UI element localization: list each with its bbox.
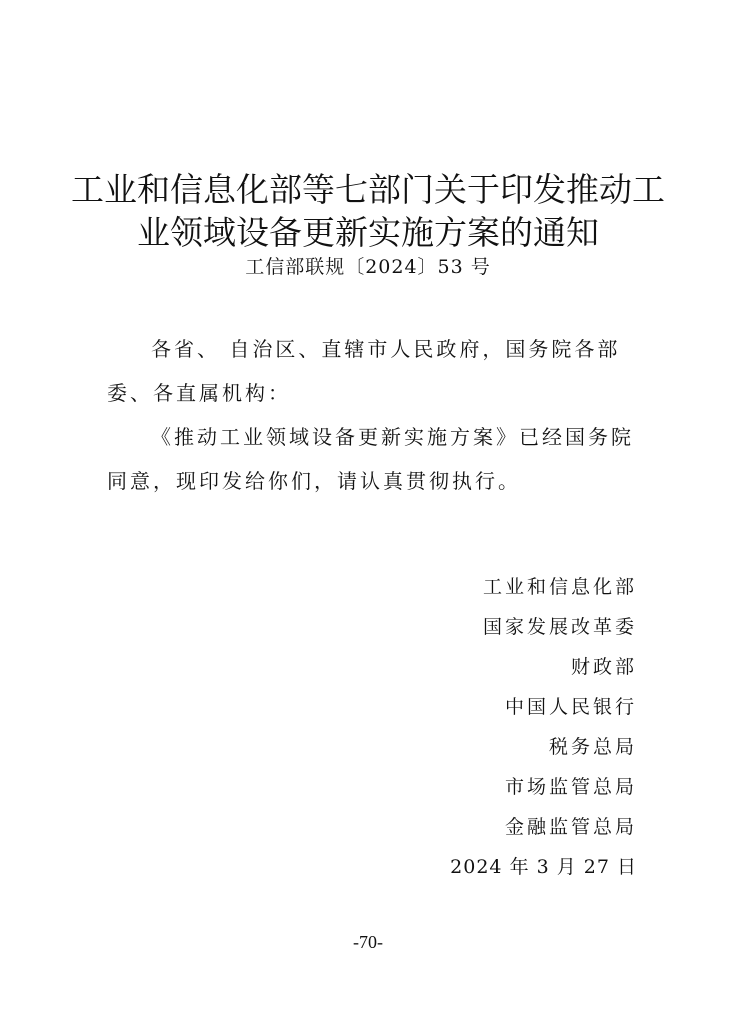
signatory: 市场监管总局 [505,772,637,799]
document-title-line2: 业领域设备更新实施方案的通知 [0,207,736,254]
signatory: 国家发展改革委 [483,612,637,639]
signatory: 金融监管总局 [505,812,637,839]
signatory: 财政部 [571,652,637,679]
document-number: 工信部联规〔2024〕53 号 [0,252,736,279]
document-title-line1: 工业和信息化部等七部门关于印发推动工 [0,164,736,211]
signatory: 税务总局 [549,732,637,759]
signatory: 中国人民银行 [505,692,637,719]
body-paragraph: 《推动工业领域设备更新实施方案》已经国务院同意，现印发给你们，请认真贯彻执行。 [107,415,637,503]
addressee-paragraph: 各省、 自治区、直辖市人民政府，国务院各部委、各直属机构： [107,327,637,415]
page-number: -70- [0,932,736,953]
issue-date: 2024 年 3 月 27 日 [450,852,637,879]
signatory: 工业和信息化部 [483,572,637,599]
